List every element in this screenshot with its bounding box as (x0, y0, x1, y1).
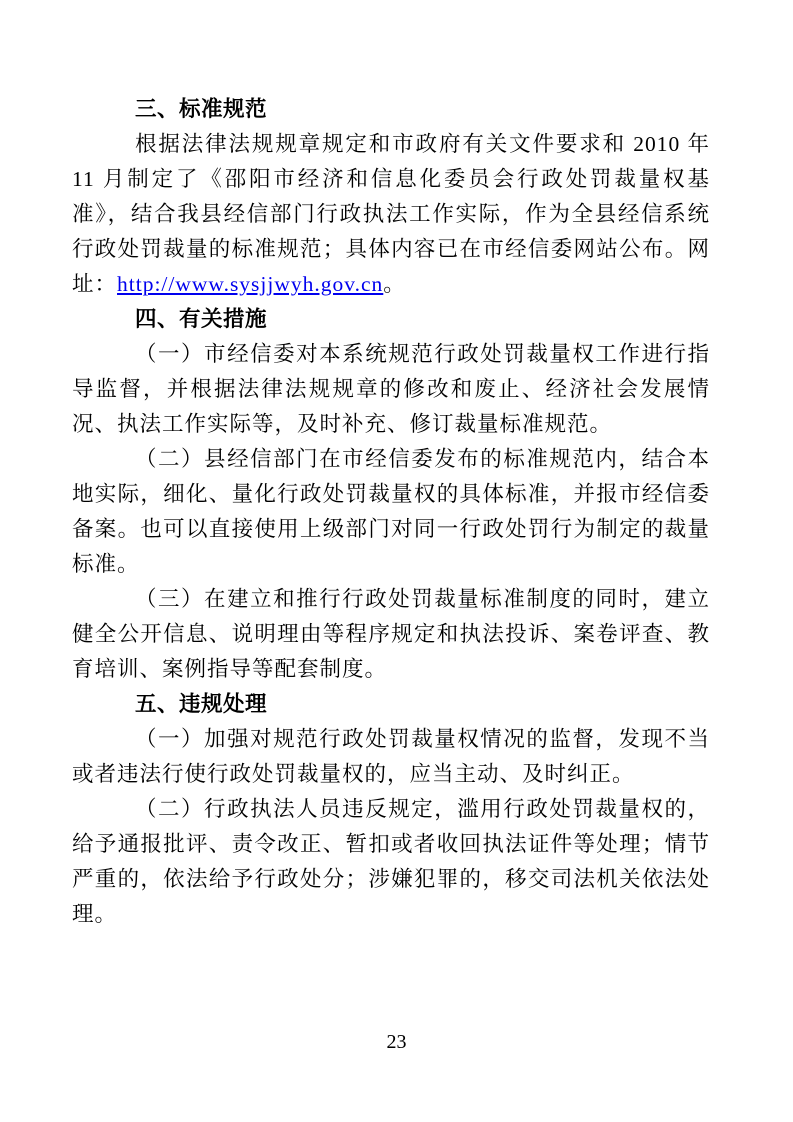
paragraph-standards-intro: 根据法律法规规章规定和市政府有关文件要求和 2010 年 11 月制定了《邵阳市… (72, 127, 710, 302)
paragraph-measures-3: （三）在建立和推行行政处罚裁量标准制度的同时，建立健全公开信息、说明理由等程序规… (72, 582, 710, 687)
section-violations: 五、违规处理 （一）加强对规范行政处罚裁量权情况的监督，发现不当或者违法行使行政… (72, 687, 710, 932)
section-standards: 三、标准规范 根据法律法规规章规定和市政府有关文件要求和 2010 年 11 月… (72, 92, 710, 302)
section-measures: 四、有关措施 （一）市经信委对本系统规范行政处罚裁量权工作进行指导监督，并根据法… (72, 302, 710, 687)
paragraph-violations-2: （二）行政执法人员违反规定，滥用行政处罚裁量权的，给予通报批评、责令改正、暂扣或… (72, 792, 710, 932)
section-heading-standards: 三、标准规范 (72, 92, 710, 127)
paragraph-violations-1: （一）加强对规范行政处罚裁量权情况的监督，发现不当或者违法行使行政处罚裁量权的，… (72, 722, 710, 792)
paragraph-text-suffix: 。 (383, 272, 406, 296)
paragraph-measures-1: （一）市经信委对本系统规范行政处罚裁量权工作进行指导监督，并根据法律法规规章的修… (72, 337, 710, 442)
website-link[interactable]: http://www.sysjjwyh.gov.cn (117, 272, 383, 296)
section-heading-measures: 四、有关措施 (72, 302, 710, 337)
page-number: 23 (0, 1030, 793, 1054)
paragraph-measures-2: （二）县经信部门在市经信委发布的标准规范内，结合本地实际，细化、量化行政处罚裁量… (72, 442, 710, 582)
document-page: 三、标准规范 根据法律法规规章规定和市政府有关文件要求和 2010 年 11 月… (0, 0, 793, 932)
section-heading-violations: 五、违规处理 (72, 687, 710, 722)
